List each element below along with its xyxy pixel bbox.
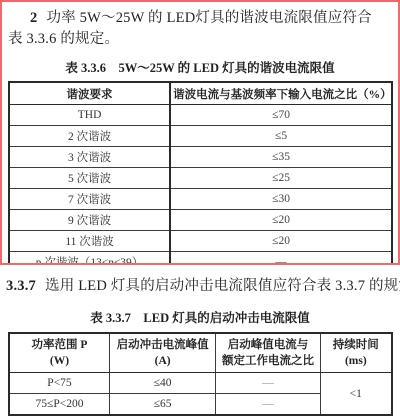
harmonic-name: 11 次谐波 (9, 231, 170, 252)
duration-limit: <1 (321, 373, 392, 416)
clause-2-text-line2: 表 3.3.6 的规定。 (8, 29, 392, 50)
harmonic-value: ≤5 (170, 126, 392, 147)
clause-2-number: 2 (30, 10, 37, 26)
harmonic-value: ≤25 (170, 168, 392, 189)
header-line: 启动冲击电流峰值 (112, 337, 212, 353)
peak-current-limit: ≤65 (110, 394, 215, 416)
table-336-harmonic-limits: 谐波要求 谐波电流与基波频率下输入电流之比（%） THD ≤70 2 次谐波 ≤… (8, 81, 393, 265)
table-row-harmonic-9: 9 次谐波 ≤20 (9, 210, 392, 231)
table-row-harmonic-2: 2 次谐波 ≤5 (9, 126, 392, 147)
header-line: 启动峰值电流与 (218, 337, 318, 353)
harmonic-name: 5 次谐波 (9, 168, 170, 189)
current-ratio: — (215, 373, 320, 394)
table-row-power-lt-75: P<75 ≤40 — <1 (9, 373, 392, 394)
power-range: 75≤P<200 (9, 394, 110, 416)
header-line: 额定工作电流之比 (218, 353, 318, 369)
table-row-harmonic-5: 5 次谐波 ≤25 (9, 168, 392, 189)
harmonic-value: ≤30 (170, 189, 392, 210)
table-337-title: 表 3.3.7 LED 灯具的启动冲击电流限值 (6, 308, 394, 326)
header-line: 功率范围 P (12, 337, 108, 353)
harmonic-value: ≤35 (170, 147, 392, 168)
peak-current-limit: ≤40 (110, 373, 215, 394)
table-337-header-row: 功率范围 P (W) 启动冲击电流峰值 (A) 启动峰值电流与 额定工作电流之比… (9, 333, 392, 373)
header-line: (A) (112, 353, 212, 369)
power-range: P<75 (9, 373, 110, 394)
annotation-highlight-box: 2功率 5W～25W 的 LED灯具的谐波电流限值应符合 表 3.3.6 的规定… (0, 0, 400, 265)
table-row-thd: THD ≤70 (9, 105, 392, 126)
standards-document-page: 2功率 5W～25W 的 LED灯具的谐波电流限值应符合 表 3.3.6 的规定… (0, 0, 400, 420)
clause-337-text: 选用 LED 灯具的启动冲击电流限值应符合表 3.3.7 的规定。 (45, 278, 400, 294)
header-line: (ms) (323, 353, 388, 369)
header-line: (W) (12, 353, 108, 369)
table-row-harmonic-n: n 次谐波（13≤n≤39） — (9, 252, 392, 266)
harmonic-name: 2 次谐波 (9, 126, 170, 147)
clause-2-paragraph: 2功率 5W～25W 的 LED灯具的谐波电流限值应符合 (8, 8, 392, 29)
harmonic-value: ≤70 (170, 105, 392, 126)
harmonic-name: THD (9, 105, 170, 126)
clause-337-section: 3.3.7选用 LED 灯具的启动冲击电流限值应符合表 3.3.7 的规定。 表… (0, 276, 400, 416)
harmonic-name: 7 次谐波 (9, 189, 170, 210)
table-row-harmonic-7: 7 次谐波 ≤30 (9, 189, 392, 210)
table-336-title: 表 3.3.6 5W～25W 的 LED 灯具的谐波电流限值 (8, 58, 392, 76)
header-line: 持续时间 (323, 337, 388, 353)
table-row-harmonic-3: 3 次谐波 ≤35 (9, 147, 392, 168)
harmonic-name: 9 次谐波 (9, 210, 170, 231)
harmonic-name: n 次谐波（13≤n≤39） (9, 252, 170, 266)
clause-337-number: 3.3.7 (6, 278, 36, 294)
harmonic-value: — (170, 252, 392, 266)
clause-337-paragraph: 3.3.7选用 LED 灯具的启动冲击电流限值应符合表 3.3.7 的规定。 (6, 276, 394, 297)
table-337-col3-header: 启动峰值电流与 额定工作电流之比 (215, 333, 320, 373)
harmonic-name: 3 次谐波 (9, 147, 170, 168)
clause-2-text-line1: 功率 5W～25W 的 LED灯具的谐波电流限值应符合 (46, 10, 371, 26)
table-337-col1-header: 功率范围 P (W) (9, 333, 110, 373)
harmonic-value: ≤20 (170, 210, 392, 231)
harmonic-value: ≤20 (170, 231, 392, 252)
table-337-col2-header: 启动冲击电流峰值 (A) (110, 333, 215, 373)
current-ratio: — (215, 394, 320, 416)
table-336-col1-header: 谐波要求 (9, 82, 170, 105)
table-336-header-row: 谐波要求 谐波电流与基波频率下输入电流之比（%） (9, 82, 392, 105)
table-337-inrush-current-limits: 功率范围 P (W) 启动冲击电流峰值 (A) 启动峰值电流与 额定工作电流之比… (8, 332, 393, 416)
table-row-harmonic-11: 11 次谐波 ≤20 (9, 231, 392, 252)
table-337-col4-header: 持续时间 (ms) (321, 333, 392, 373)
table-336-col2-header: 谐波电流与基波频率下输入电流之比（%） (170, 82, 392, 105)
